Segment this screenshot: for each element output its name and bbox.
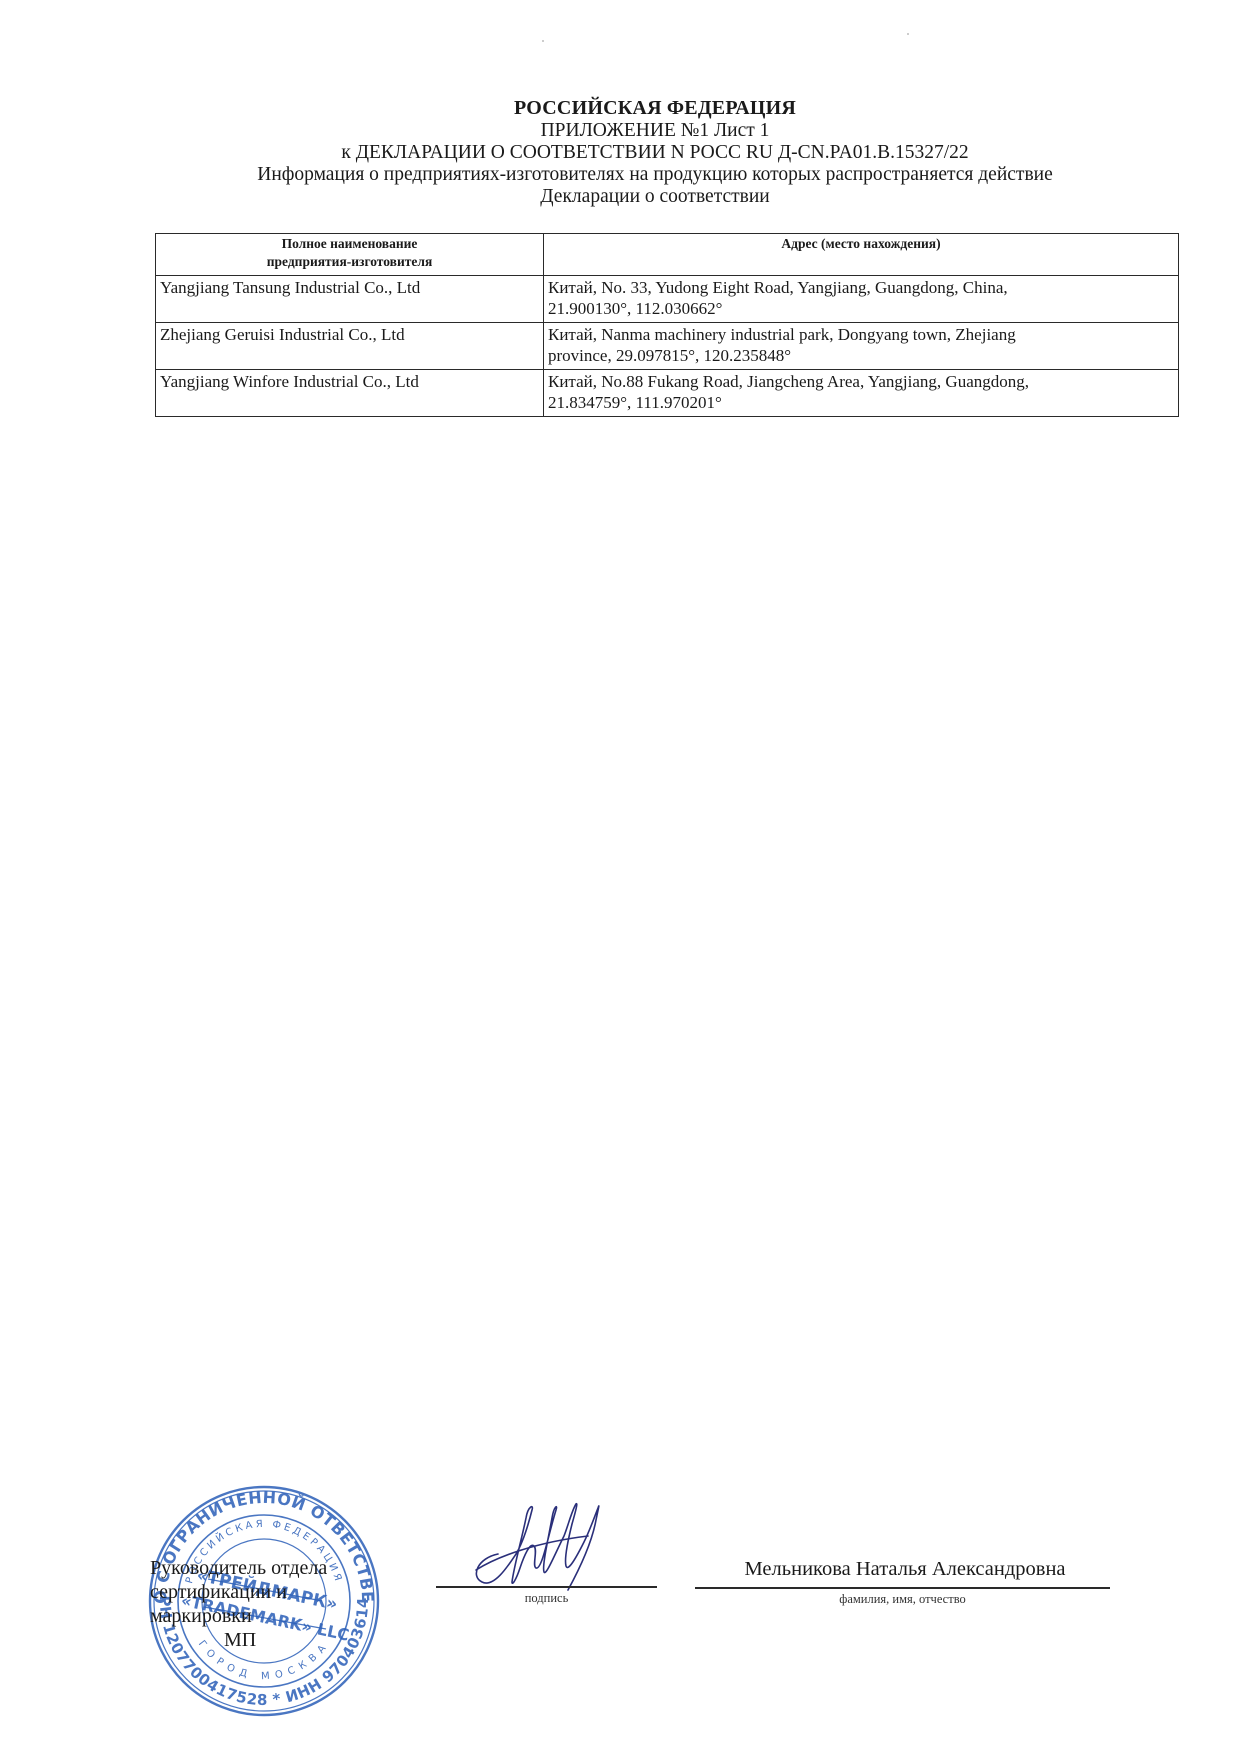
role-line-1: Руководитель отдела: [150, 1556, 380, 1580]
document-title: РОССИЙСКАЯ ФЕДЕРАЦИЯ: [150, 96, 1160, 120]
table-row: Zhejiang Geruisi Industrial Co., Ltd Кит…: [156, 323, 1179, 370]
declaration-reference: к ДЕКЛАРАЦИИ О СООТВЕТСТВИИ N РОСС RU Д-…: [150, 142, 1160, 164]
appendix-label: ПРИЛОЖЕНИЕ №1 Лист 1: [150, 120, 1160, 142]
role-line-2: сертификации и: [150, 1580, 380, 1604]
address-coordinates: 21.834759°, 111.970201°: [548, 393, 722, 412]
signatory-full-name: Мельникова Наталья Александровна: [705, 1558, 1105, 1581]
role-line-3: маркировки: [150, 1604, 380, 1628]
signature-line: [436, 1586, 657, 1588]
address-coordinates: province, 29.097815°, 120.235848°: [548, 346, 791, 365]
column-header-line: Адрес (место нахождения): [781, 236, 940, 251]
column-header-line: предприятия-изготовителя: [267, 254, 433, 269]
manufacturer-address: Китай, No.88 Fukang Road, Jiangcheng Are…: [544, 370, 1179, 417]
address-line: Китай, No.88 Fukang Road, Jiangcheng Are…: [548, 372, 1029, 391]
manufacturer-name: Yangjiang Tansung Industrial Co., Ltd: [156, 276, 544, 323]
table-header-row: Полное наименование предприятия-изготови…: [156, 234, 1179, 276]
manufacturer-address: Китай, Nanma machinery industrial park, …: [544, 323, 1179, 370]
table-row: Yangjiang Winfore Industrial Co., Ltd Ки…: [156, 370, 1179, 417]
manufacturer-name: Zhejiang Geruisi Industrial Co., Ltd: [156, 323, 544, 370]
column-header-address: Адрес (место нахождения): [544, 234, 1179, 276]
signature-icon: [468, 1496, 638, 1592]
full-name-caption: фамилия, имя, отчество: [695, 1592, 1110, 1607]
column-header-line: Полное наименование: [282, 236, 418, 251]
address-coordinates: 21.900130°, 112.030662°: [548, 299, 722, 318]
seal-mark: МП: [150, 1628, 380, 1652]
scan-speck: [907, 33, 909, 35]
handwritten-signature: [468, 1496, 638, 1592]
table-row: Yangjiang Tansung Industrial Co., Ltd Ки…: [156, 276, 1179, 323]
info-line-1: Информация о предприятиях-изготовителях …: [150, 164, 1160, 186]
document-page: РОССИЙСКАЯ ФЕДЕРАЦИЯ ПРИЛОЖЕНИЕ №1 Лист …: [0, 0, 1240, 1754]
document-header: РОССИЙСКАЯ ФЕДЕРАЦИЯ ПРИЛОЖЕНИЕ №1 Лист …: [150, 96, 1160, 208]
scan-speck: [542, 40, 544, 42]
address-line: Китай, Nanma machinery industrial park, …: [548, 325, 1016, 344]
address-line: Китай, No. 33, Yudong Eight Road, Yangji…: [548, 278, 1008, 297]
info-line-2: Декларации о соответствии: [150, 186, 1160, 208]
signatory-role: Руководитель отдела сертификации и марки…: [150, 1556, 380, 1652]
signature-caption: подпись: [436, 1591, 657, 1606]
manufacturer-address: Китай, No. 33, Yudong Eight Road, Yangji…: [544, 276, 1179, 323]
column-header-name: Полное наименование предприятия-изготови…: [156, 234, 544, 276]
manufacturer-name: Yangjiang Winfore Industrial Co., Ltd: [156, 370, 544, 417]
full-name-line: [695, 1587, 1110, 1589]
manufacturers-table: Полное наименование предприятия-изготови…: [155, 233, 1179, 417]
